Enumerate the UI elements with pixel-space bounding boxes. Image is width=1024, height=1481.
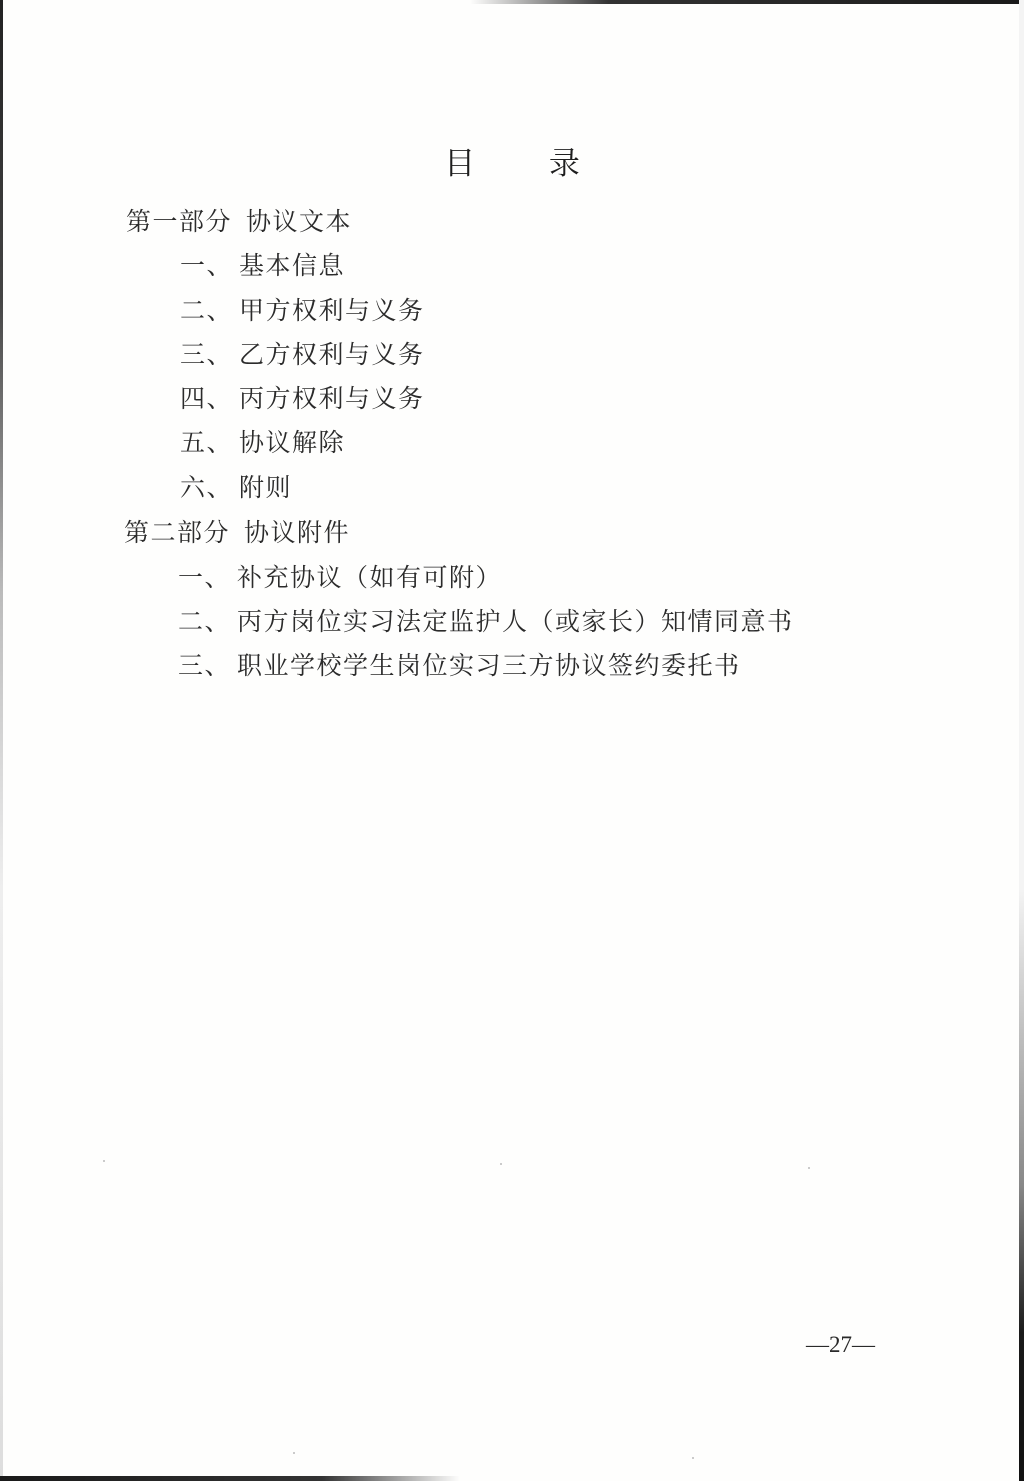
scan-edge-left bbox=[0, 0, 3, 1481]
toc-item: 四、丙方权利与义务 bbox=[180, 377, 425, 421]
toc-item-number: 六、 bbox=[180, 473, 233, 502]
toc-item-text: 协议解除 bbox=[239, 428, 345, 457]
scan-speck bbox=[808, 1167, 810, 1169]
toc-item-number: 三、 bbox=[180, 340, 233, 369]
toc-item: 三、职业学校学生岗位实习三方协议签约委托书 bbox=[178, 644, 741, 688]
toc-part-name: 协议附件 bbox=[244, 518, 350, 547]
toc-item-text: 丙方权利与义务 bbox=[239, 384, 425, 413]
toc-item-text: 甲方权利与义务 bbox=[239, 296, 425, 325]
toc-item: 二、甲方权利与义务 bbox=[180, 289, 425, 333]
toc-part-1: 第一部分协议文本 bbox=[126, 200, 352, 244]
scan-speck bbox=[500, 1163, 502, 1165]
toc-item-text: 丙方岗位实习法定监护人（或家长）知情同意书 bbox=[237, 607, 794, 636]
toc-item: 一、补充协议（如有可附） bbox=[178, 556, 502, 600]
toc-item-text: 附则 bbox=[239, 473, 292, 502]
scan-edge-bottom bbox=[0, 1476, 460, 1481]
toc-item: 三、乙方权利与义务 bbox=[180, 333, 425, 377]
toc-item-number: 五、 bbox=[180, 428, 233, 457]
scan-speck bbox=[692, 1457, 694, 1459]
toc-item-text: 基本信息 bbox=[239, 251, 345, 280]
scan-edge-right bbox=[1019, 0, 1024, 1481]
toc-part-name: 协议文本 bbox=[246, 207, 352, 236]
toc-part-label: 第一部分 bbox=[126, 207, 232, 236]
scan-speck bbox=[293, 1452, 295, 1454]
scan-speck bbox=[103, 1160, 105, 1162]
toc-item-number: 一、 bbox=[180, 251, 233, 280]
toc-item-number: 一、 bbox=[178, 563, 231, 592]
document-page: 目 录 第一部分协议文本 一、基本信息 二、甲方权利与义务 三、乙方权利与义务 … bbox=[0, 0, 1024, 1481]
toc-item: 二、丙方岗位实习法定监护人（或家长）知情同意书 bbox=[178, 600, 794, 644]
toc-item-number: 四、 bbox=[180, 384, 233, 413]
page-number: —27— bbox=[806, 1327, 875, 1363]
toc-item: 一、基本信息 bbox=[180, 244, 345, 288]
toc-item-text: 职业学校学生岗位实习三方协议签约委托书 bbox=[237, 651, 741, 680]
toc-item-text: 乙方权利与义务 bbox=[239, 340, 425, 369]
toc-item-number: 三、 bbox=[178, 651, 231, 680]
toc-item: 五、协议解除 bbox=[180, 421, 345, 465]
page-title: 目 录 bbox=[0, 142, 1024, 186]
toc-item-number: 二、 bbox=[180, 296, 233, 325]
scan-edge-top bbox=[470, 0, 1024, 4]
toc-item-number: 二、 bbox=[178, 607, 231, 636]
toc-part-2: 第二部分协议附件 bbox=[124, 511, 350, 555]
toc-item: 六、附则 bbox=[180, 466, 292, 510]
toc-part-label: 第二部分 bbox=[124, 518, 230, 547]
toc-item-text: 补充协议（如有可附） bbox=[237, 563, 502, 592]
